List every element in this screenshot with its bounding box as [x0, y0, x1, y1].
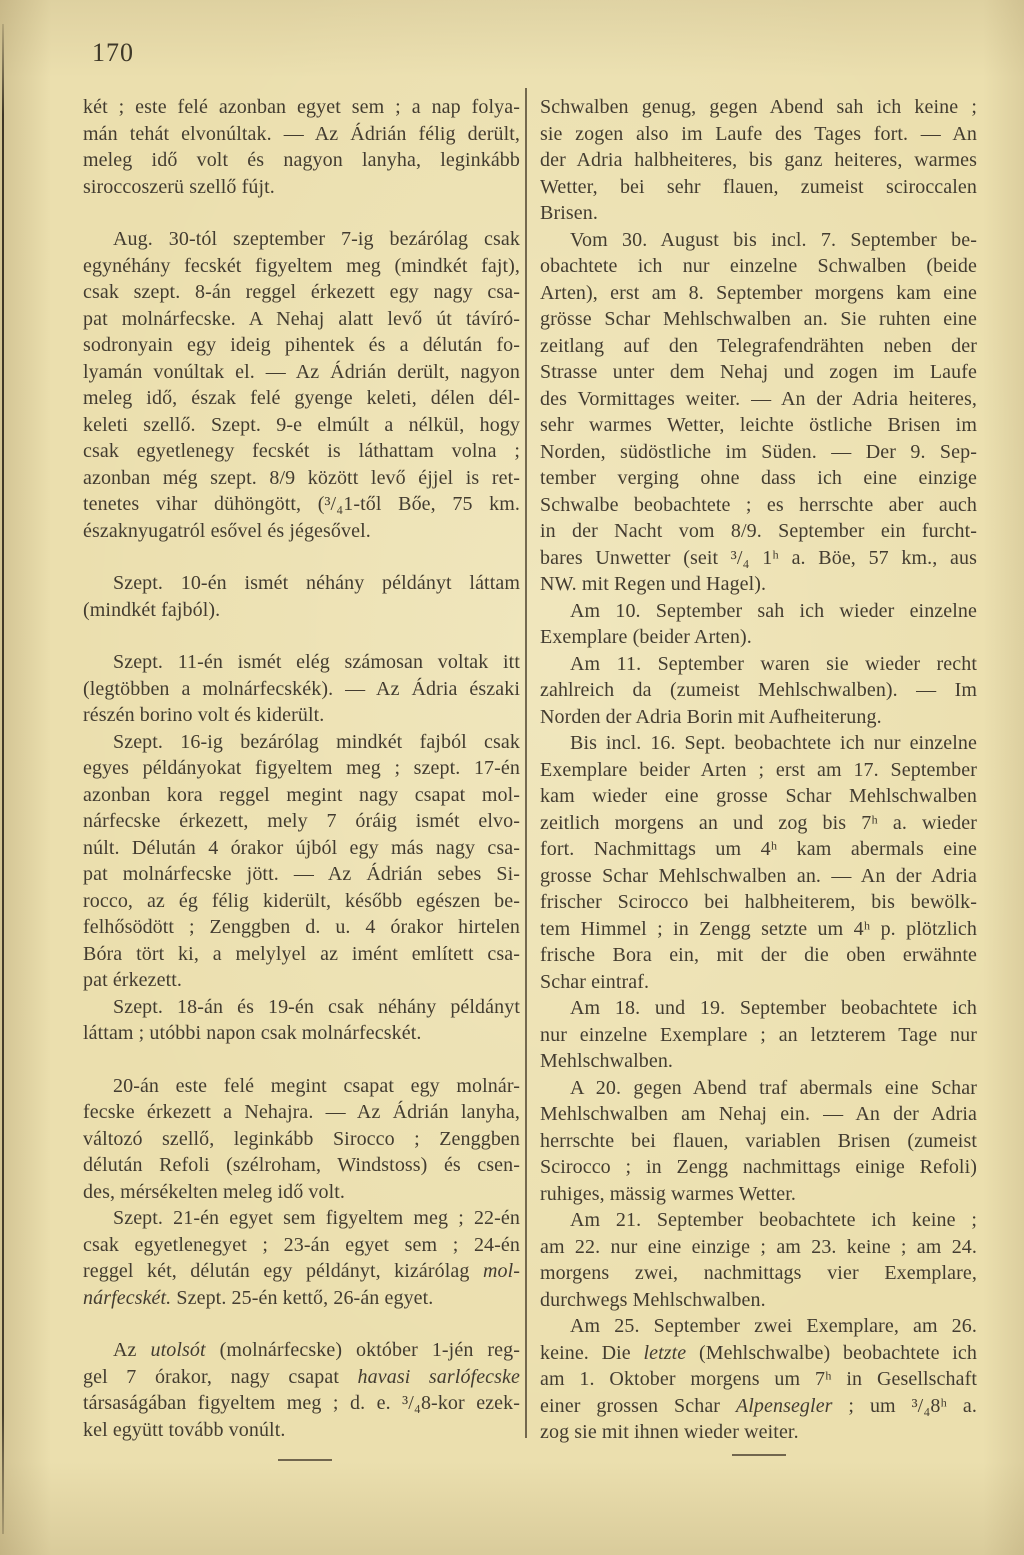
- text-segment: Szept. 21-én egyet sem figyeltem meg ; 2…: [113, 1207, 520, 1229]
- text-segment: Szept. 16-ig bezárólag mindkét fajból cs…: [113, 731, 520, 753]
- text-segment: Am 25. September zwei Exemplare, am 26.: [570, 1315, 977, 1337]
- text-line: Szept. 18-án és 19-én csak néhány példán…: [83, 994, 520, 1021]
- paragraph: Am 25. September zwei Exemplare, am 26.k…: [540, 1313, 977, 1446]
- text-line: herrschte bei flauen, variablen Brisen (…: [540, 1128, 977, 1155]
- text-line: Am 21. September beobachtete ich keine ;: [540, 1207, 977, 1234]
- text-segment: Szept. 11-én ismét elég számosan voltak …: [113, 651, 520, 673]
- text-line: Az utolsót (molnárfecske) október 1-jén …: [83, 1337, 520, 1364]
- text-segment: sodronyain egy ideig pihentek és a délut…: [83, 334, 520, 356]
- text-line: pat érkezett.: [83, 967, 520, 994]
- text-line: zahlreich da (zumeist Mehlschwalben). — …: [540, 677, 977, 704]
- text-line: nárfecskét. Szept. 25-én kettő, 26-án eg…: [83, 1285, 520, 1312]
- text-segment: Arten), erst am 8. September morgens kam…: [540, 282, 977, 304]
- book-page: 170 két ; este felé azonban egyet sem ; …: [0, 0, 1024, 1555]
- text-segment: keleti szellő. Szept. 9-e elmúlt a nélkü…: [83, 414, 520, 436]
- text-segment: Am 21. September beobachtete ich keine ;: [570, 1209, 977, 1231]
- text-segment: rocco, az ég félig kiderült, később egés…: [83, 890, 520, 912]
- text-segment: zog sie mit ihnen wieder weiter.: [540, 1421, 799, 1443]
- text-segment: Szept. 10-én ismét néhány példányt látta…: [113, 572, 520, 594]
- text-segment: 20-án este felé megint csapat egy molnár…: [113, 1075, 520, 1097]
- left-column-hungarian-text: két ; este felé azonban egyet sem ; a na…: [83, 94, 520, 1443]
- text-segment: ruhiges, mässig warmes Wetter.: [540, 1183, 796, 1205]
- text-segment: Exemplare beider Arten ; erst am 17. Sep…: [540, 759, 977, 781]
- text-segment: két ; este felé azonban egyet sem ; a na…: [83, 96, 520, 118]
- text-line: azonban még szept. 8/9 között levő éjjel…: [83, 465, 520, 492]
- paragraph: Am 21. September beobachtete ich keine ;…: [540, 1207, 977, 1313]
- italic-text-segment: nárfecskét.: [83, 1287, 171, 1309]
- text-line: der Adria halbheiteres, bis ganz heitere…: [540, 147, 977, 174]
- text-line: keine. Die letzte (Mehlschwalbe) beobach…: [540, 1340, 977, 1367]
- text-segment: tember verging ohne dass ich eine einzig…: [540, 467, 977, 489]
- text-segment: azonban még szept. 8/9 között levő éjjel…: [83, 467, 520, 489]
- italic-text-segment: Alpensegler: [736, 1395, 833, 1417]
- text-line: am 22. nur eine einzige ; am 23. keine ;…: [540, 1234, 977, 1261]
- text-segment: Scirocco ; in Zengg nachmittags einige R…: [540, 1156, 977, 1178]
- text-line: ruhiges, mässig warmes Wetter.: [540, 1181, 977, 1208]
- text-line: obachtete ich nur einzelne Schwalben (be…: [540, 253, 977, 280]
- text-segment: durchwegs Mehlschwalben.: [540, 1289, 766, 1311]
- text-segment: Aug. 30-tól szeptember 7-ig bezárólag cs…: [113, 228, 520, 250]
- text-segment: mán tehát elvonúltak. — Az Ádrián félig …: [83, 123, 520, 145]
- text-line: Schwalbe beobachtete ; es herrschte aber…: [540, 492, 977, 519]
- page-gutter-edge: [2, 24, 4, 1534]
- text-line: des Vormittages weiter. — An der Adria h…: [540, 386, 977, 413]
- text-line: Exemplare beider Arten ; erst am 17. Sep…: [540, 757, 977, 784]
- paragraph: Szept. 11-én ismét elég számosan voltak …: [83, 649, 520, 729]
- text-segment: bares Unwetter (seit ³/₄ 1ʰ a. Böe, 57 k…: [540, 547, 977, 569]
- text-line: Strasse unter dem Nehaj und zogen im Lau…: [540, 359, 977, 386]
- text-segment: Szept. 18-án és 19-én csak néhány példán…: [113, 996, 520, 1018]
- text-line: Szept. 11-én ismét elég számosan voltak …: [83, 649, 520, 676]
- text-line: am 1. Oktober morgens um 7ʰ in Gesellsch…: [540, 1366, 977, 1393]
- text-line: des, mérsékelten meleg idő volt.: [83, 1179, 520, 1206]
- text-line: délután Refoli (szélroham, Windstoss) és…: [83, 1152, 520, 1179]
- text-line: mán tehát elvonúltak. — Az Ádrián félig …: [83, 121, 520, 148]
- text-line: északnyugatról esővel és jégesővel.: [83, 518, 520, 545]
- text-segment: keine. Die: [540, 1342, 643, 1364]
- text-segment: reggel két, délután egy példányt, kizáró…: [83, 1260, 483, 1282]
- text-line: gel 7 órakor, nagy csapat havasi sarlófe…: [83, 1364, 520, 1391]
- text-segment: tenetes vihar dühöngött, (³/₄1-től Bőe, …: [83, 493, 520, 515]
- text-line: (legtöbben a molnárfecskék). — Az Ádria …: [83, 676, 520, 703]
- text-line: 20-án este felé megint csapat egy molnár…: [83, 1073, 520, 1100]
- right-column-german-text: Schwalben genug, gegen Abend sah ich kei…: [540, 94, 977, 1446]
- text-line: lyamán vonúltak el. — Az Ádrián derült, …: [83, 359, 520, 386]
- text-segment: Am 11. September waren sie wieder recht: [570, 653, 977, 675]
- text-segment: kam wieder eine grosse Schar Mehlschwalb…: [540, 785, 977, 807]
- text-line: két ; este felé azonban egyet sem ; a na…: [83, 94, 520, 121]
- text-line: Schar eintraf.: [540, 969, 977, 996]
- text-segment: Am 18. und 19. September beobachtete ich: [570, 997, 977, 1019]
- section-end-rule-left: [278, 1459, 332, 1461]
- text-line: grösse Schar Mehlschwalben an. Sie ruhte…: [540, 306, 977, 333]
- text-segment: délután Refoli (szélroham, Windstoss) és…: [83, 1154, 520, 1176]
- text-line: Vom 30. August bis incl. 7. September be…: [540, 227, 977, 254]
- text-segment: frische Bora ein, mit der die oben erwäh…: [540, 944, 977, 966]
- text-segment: Mehlschwalben am Nehaj ein. — An der Adr…: [540, 1103, 977, 1125]
- text-line: meleg idő volt és nagyon lanyha, leginká…: [83, 147, 520, 174]
- text-segment: Mehlschwalben.: [540, 1050, 673, 1072]
- text-line: egyes példányokat figyeltem meg ; szept.…: [83, 755, 520, 782]
- text-line: csak egyetlenegy fecskét is láthattam vo…: [83, 438, 520, 465]
- text-line: kam wieder eine grosse Schar Mehlschwalb…: [540, 783, 977, 810]
- text-segment: am 1. Oktober morgens um 7ʰ in Gesellsch…: [540, 1368, 977, 1390]
- text-line: Am 25. September zwei Exemplare, am 26.: [540, 1313, 977, 1340]
- text-segment: láttam ; utóbbi napon csak molnárfecskét…: [83, 1022, 421, 1044]
- text-segment: (Mehlschwalbe) beobachtete ich: [686, 1342, 977, 1364]
- text-segment: zeitlang auf den Telegrafendrähten neben…: [540, 335, 977, 357]
- text-segment: (molnárfecske) október 1-jén reg-: [206, 1339, 520, 1361]
- italic-text-segment: mol-: [483, 1260, 520, 1282]
- text-segment: egynéhány fecskét figyeltem meg (mindkét…: [83, 255, 520, 277]
- text-line: fecske érkezett a Nehajra. — Az Ádrián l…: [83, 1099, 520, 1126]
- text-line: (mindkét fajból).: [83, 597, 520, 624]
- paragraph: Am 11. September waren sie wieder rechtz…: [540, 651, 977, 731]
- paragraph: Bis incl. 16. Sept. beobachtete ich nur …: [540, 730, 977, 995]
- paragraph: Vom 30. August bis incl. 7. September be…: [540, 227, 977, 598]
- text-segment: (legtöbben a molnárfecskék). — Az Ádria …: [83, 678, 520, 700]
- text-segment: siroccoszerü szellő fújt.: [83, 176, 275, 198]
- text-line: egynéhány fecskét figyeltem meg (mindkét…: [83, 253, 520, 280]
- text-line: fort. Nachmittags um 4ʰ kam abermals ein…: [540, 836, 977, 863]
- text-line: Mehlschwalben.: [540, 1048, 977, 1075]
- text-line: A 20. gegen Abend traf abermals eine Sch…: [540, 1075, 977, 1102]
- text-segment: Schwalbe beobachtete ; es herrschte aber…: [540, 494, 977, 516]
- text-line: Szept. 16-ig bezárólag mindkét fajból cs…: [83, 729, 520, 756]
- text-line: Schwalben genug, gegen Abend sah ich kei…: [540, 94, 977, 121]
- paragraph: Am 18. und 19. September beobachtete ich…: [540, 995, 977, 1075]
- text-segment: NW. mit Regen und Hagel).: [540, 573, 766, 595]
- text-line: Am 10. September sah ich wieder einzelne: [540, 598, 977, 625]
- text-line: Norden der Adria Borin mit Aufheiterung.: [540, 704, 977, 731]
- text-segment: einer grossen Schar: [540, 1395, 736, 1417]
- text-segment: változó szellő, leginkább Sirocco ; Zeng…: [83, 1128, 520, 1150]
- text-segment: Am 10. September sah ich wieder einzelne: [570, 600, 977, 622]
- text-segment: pat molnárfecske jött. — Az Ádrián sebes…: [83, 863, 520, 885]
- text-segment: meleg idő volt és nagyon lanyha, leginká…: [83, 149, 520, 171]
- text-line: nárfecske érkezett, mely 7 óráig ismét e…: [83, 808, 520, 835]
- text-line: sodronyain egy ideig pihentek és a délut…: [83, 332, 520, 359]
- text-segment: fecske érkezett a Nehajra. — Az Ádrián l…: [83, 1101, 520, 1123]
- text-line: Scirocco ; in Zengg nachmittags einige R…: [540, 1154, 977, 1181]
- text-line: Arten), erst am 8. September morgens kam…: [540, 280, 977, 307]
- text-line: tember verging ohne dass ich eine einzig…: [540, 465, 977, 492]
- text-segment: (mindkét fajból).: [83, 599, 220, 621]
- text-segment: sehr warmes Wetter, leichte östliche Bri…: [540, 414, 977, 436]
- text-line: Bis incl. 16. Sept. beobachtete ich nur …: [540, 730, 977, 757]
- text-line: tem Himmel ; in Zengg setzte um 4ʰ p. pl…: [540, 916, 977, 943]
- text-line: felhősödött ; Zenggben d. u. 4 órakor hi…: [83, 914, 520, 941]
- text-segment: Strasse unter dem Nehaj und zogen im Lau…: [540, 361, 977, 383]
- text-segment: obachtete ich nur einzelne Schwalben (be…: [540, 255, 977, 277]
- text-line: frische Bora ein, mit der die oben erwäh…: [540, 942, 977, 969]
- text-segment: Bis incl. 16. Sept. beobachtete ich nur …: [570, 732, 977, 754]
- text-line: változó szellő, leginkább Sirocco ; Zeng…: [83, 1126, 520, 1153]
- text-segment: der Adria halbheiteres, bis ganz heitere…: [540, 149, 977, 171]
- paragraph: Aug. 30-tól szeptember 7-ig bezárólag cs…: [83, 226, 520, 544]
- text-line: in der Nacht vom 8/9. September ein furc…: [540, 518, 977, 545]
- section-end-rule-right: [732, 1454, 786, 1456]
- text-line: részén borino volt és kiderült.: [83, 702, 520, 729]
- text-line: einer grossen Schar Alpensegler ; um ³/₄…: [540, 1393, 977, 1420]
- text-line: morgens zwei, nachmittags vier Exemplare…: [540, 1260, 977, 1287]
- text-segment: Bóra tört ki, a melylyel az imént említe…: [83, 943, 520, 965]
- italic-text-segment: utolsót: [151, 1339, 206, 1361]
- text-segment: frischer Scirocco bei halbheiterem, bis …: [540, 891, 977, 913]
- text-line: sehr warmes Wetter, leichte östliche Bri…: [540, 412, 977, 439]
- text-line: pat molnárfecske jött. — Az Ádrián sebes…: [83, 861, 520, 888]
- text-segment: Vom 30. August bis incl. 7. September be…: [570, 229, 977, 251]
- text-line: azonban kora reggel megint nagy csapat m…: [83, 782, 520, 809]
- text-segment: núlt. Délután 4 órakor újból egy más nag…: [83, 837, 520, 859]
- text-segment: in der Nacht vom 8/9. September ein furc…: [540, 520, 977, 542]
- text-segment: sie zogen also im Laufe des Tages fort. …: [540, 123, 977, 145]
- text-line: bares Unwetter (seit ³/₄ 1ʰ a. Böe, 57 k…: [540, 545, 977, 572]
- paragraph: 20-án este felé megint csapat egy molnár…: [83, 1073, 520, 1206]
- text-segment: Schar eintraf.: [540, 971, 649, 993]
- text-line: núlt. Délután 4 órakor újból egy más nag…: [83, 835, 520, 862]
- text-line: Exemplare (beider Arten).: [540, 624, 977, 651]
- text-line: Mehlschwalben am Nehaj ein. — An der Adr…: [540, 1101, 977, 1128]
- paragraph: Szept. 18-án és 19-én csak néhány példán…: [83, 994, 520, 1047]
- text-segment: Schwalben genug, gegen Abend sah ich kei…: [540, 96, 977, 118]
- paragraph: Szept. 16-ig bezárólag mindkét fajból cs…: [83, 729, 520, 994]
- text-line: NW. mit Regen und Hagel).: [540, 571, 977, 598]
- text-line: társaságában figyeltem meg ; d. e. ³/₄8-…: [83, 1390, 520, 1417]
- text-line: kel együtt tovább vonúlt.: [83, 1417, 520, 1444]
- text-segment: lyamán vonúltak el. — Az Ádrián derült, …: [83, 361, 520, 383]
- text-line: csak egyetlenegyet ; 23-án egyet sem ; 2…: [83, 1232, 520, 1259]
- text-segment: des, mérsékelten meleg idő volt.: [83, 1181, 345, 1203]
- text-line: csak szept. 8-án reggel érkezett egy nag…: [83, 279, 520, 306]
- page-number: 170: [92, 38, 134, 68]
- text-segment: herrschte bei flauen, variablen Brisen (…: [540, 1130, 977, 1152]
- text-segment: csak egyetlenegy fecskét is láthattam vo…: [83, 440, 520, 462]
- text-segment: meleg idő, észak felé gyenge keleti, dél…: [83, 387, 520, 409]
- text-line: Szept. 21-én egyet sem figyeltem meg ; 2…: [83, 1205, 520, 1232]
- text-segment: morgens zwei, nachmittags vier Exemplare…: [540, 1262, 977, 1284]
- text-line: durchwegs Mehlschwalben.: [540, 1287, 977, 1314]
- text-line: Bóra tört ki, a melylyel az imént említe…: [83, 941, 520, 968]
- text-segment: Norden der Adria Borin mit Aufheiterung.: [540, 706, 882, 728]
- text-line: Am 18. und 19. September beobachtete ich: [540, 995, 977, 1022]
- text-line: pat molnárfecske. A Nehaj alatt levő út …: [83, 306, 520, 333]
- column-divider-rule: [525, 88, 527, 1438]
- italic-text-segment: letzte: [643, 1342, 686, 1364]
- text-segment: Norden, südöstliche im Süden. — Der 9. S…: [540, 441, 977, 463]
- paragraph: Az utolsót (molnárfecske) október 1-jén …: [83, 1337, 520, 1443]
- text-line: zeitlich morgens an und zog bis 7ʰ a. wi…: [540, 810, 977, 837]
- text-segment: Wetter, bei sehr flauen, zumeist scirocc…: [540, 176, 977, 198]
- text-segment: gel 7 órakor, nagy csapat: [83, 1366, 358, 1388]
- text-line: rocco, az ég félig kiderült, később egés…: [83, 888, 520, 915]
- text-segment: csak egyetlenegyet ; 23-án egyet sem ; 2…: [83, 1234, 520, 1256]
- text-line: frischer Scirocco bei halbheiterem, bis …: [540, 889, 977, 916]
- paragraph: Szept. 10-én ismét néhány példányt látta…: [83, 570, 520, 623]
- text-segment: északnyugatról esővel és jégesővel.: [83, 520, 371, 542]
- text-segment: des Vormittages weiter. — An der Adria h…: [540, 388, 977, 410]
- text-segment: Exemplare (beider Arten).: [540, 626, 752, 648]
- text-line: zeitlang auf den Telegrafendrähten neben…: [540, 333, 977, 360]
- text-segment: grösse Schar Mehlschwalben an. Sie ruhte…: [540, 308, 977, 330]
- text-segment: nárfecske érkezett, mely 7 óráig ismét e…: [83, 810, 520, 832]
- text-line: keleti szellő. Szept. 9-e elmúlt a nélkü…: [83, 412, 520, 439]
- text-segment: grosse Schar Mehlschwalben an. — An der …: [540, 865, 977, 887]
- text-line: meleg idő, észak felé gyenge keleti, dél…: [83, 385, 520, 412]
- text-segment: am 22. nur eine einzige ; am 23. keine ;…: [540, 1236, 977, 1258]
- italic-text-segment: havasi sarlófecske: [358, 1366, 520, 1388]
- text-line: Szept. 10-én ismét néhány példányt látta…: [83, 570, 520, 597]
- text-segment: zahlreich da (zumeist Mehlschwalben). — …: [540, 679, 977, 701]
- text-line: reggel két, délután egy példányt, kizáró…: [83, 1258, 520, 1285]
- text-line: Norden, südöstliche im Süden. — Der 9. S…: [540, 439, 977, 466]
- text-line: Wetter, bei sehr flauen, zumeist scirocc…: [540, 174, 977, 201]
- text-line: Aug. 30-tól szeptember 7-ig bezárólag cs…: [83, 226, 520, 253]
- paragraph: Am 10. September sah ich wieder einzelne…: [540, 598, 977, 651]
- text-segment: zeitlich morgens an und zog bis 7ʰ a. wi…: [540, 812, 977, 834]
- text-segment: csak szept. 8-án reggel érkezett egy nag…: [83, 281, 520, 303]
- paragraph: Szept. 21-én egyet sem figyeltem meg ; 2…: [83, 1205, 520, 1311]
- text-line: láttam ; utóbbi napon csak molnárfecskét…: [83, 1020, 520, 1047]
- text-line: Am 11. September waren sie wieder recht: [540, 651, 977, 678]
- text-line: Brisen.: [540, 200, 977, 227]
- text-line: zog sie mit ihnen wieder weiter.: [540, 1419, 977, 1446]
- text-segment: pat érkezett.: [83, 969, 182, 991]
- text-segment: A 20. gegen Abend traf abermals eine Sch…: [570, 1077, 977, 1099]
- paragraph: Schwalben genug, gegen Abend sah ich kei…: [540, 94, 977, 227]
- text-segment: Az: [113, 1339, 151, 1361]
- text-segment: pat molnárfecske. A Nehaj alatt levő út …: [83, 308, 520, 330]
- text-segment: ; um ³/₄8ʰ a.: [833, 1395, 977, 1417]
- text-segment: egyes példányokat figyeltem meg ; szept.…: [83, 757, 520, 779]
- text-segment: részén borino volt és kiderült.: [83, 704, 324, 726]
- paragraph: két ; este felé azonban egyet sem ; a na…: [83, 94, 520, 200]
- text-segment: felhősödött ; Zenggben d. u. 4 órakor hi…: [83, 916, 520, 938]
- text-segment: kel együtt tovább vonúlt.: [83, 1419, 285, 1441]
- text-segment: fort. Nachmittags um 4ʰ kam abermals ein…: [540, 838, 977, 860]
- text-segment: azonban kora reggel megint nagy csapat m…: [83, 784, 520, 806]
- text-line: tenetes vihar dühöngött, (³/₄1-től Bőe, …: [83, 491, 520, 518]
- text-line: nur einzelne Exemplare ; an letzterem Ta…: [540, 1022, 977, 1049]
- text-segment: Brisen.: [540, 202, 598, 224]
- text-segment: Szept. 25-én kettő, 26-án egyet.: [171, 1287, 433, 1309]
- text-segment: társaságában figyeltem meg ; d. e. ³/₄8-…: [83, 1392, 520, 1414]
- text-line: siroccoszerü szellő fújt.: [83, 174, 520, 201]
- paragraph: A 20. gegen Abend traf abermals eine Sch…: [540, 1075, 977, 1208]
- text-segment: nur einzelne Exemplare ; an letzterem Ta…: [540, 1024, 977, 1046]
- text-line: sie zogen also im Laufe des Tages fort. …: [540, 121, 977, 148]
- text-line: grosse Schar Mehlschwalben an. — An der …: [540, 863, 977, 890]
- text-segment: tem Himmel ; in Zengg setzte um 4ʰ p. pl…: [540, 918, 977, 940]
